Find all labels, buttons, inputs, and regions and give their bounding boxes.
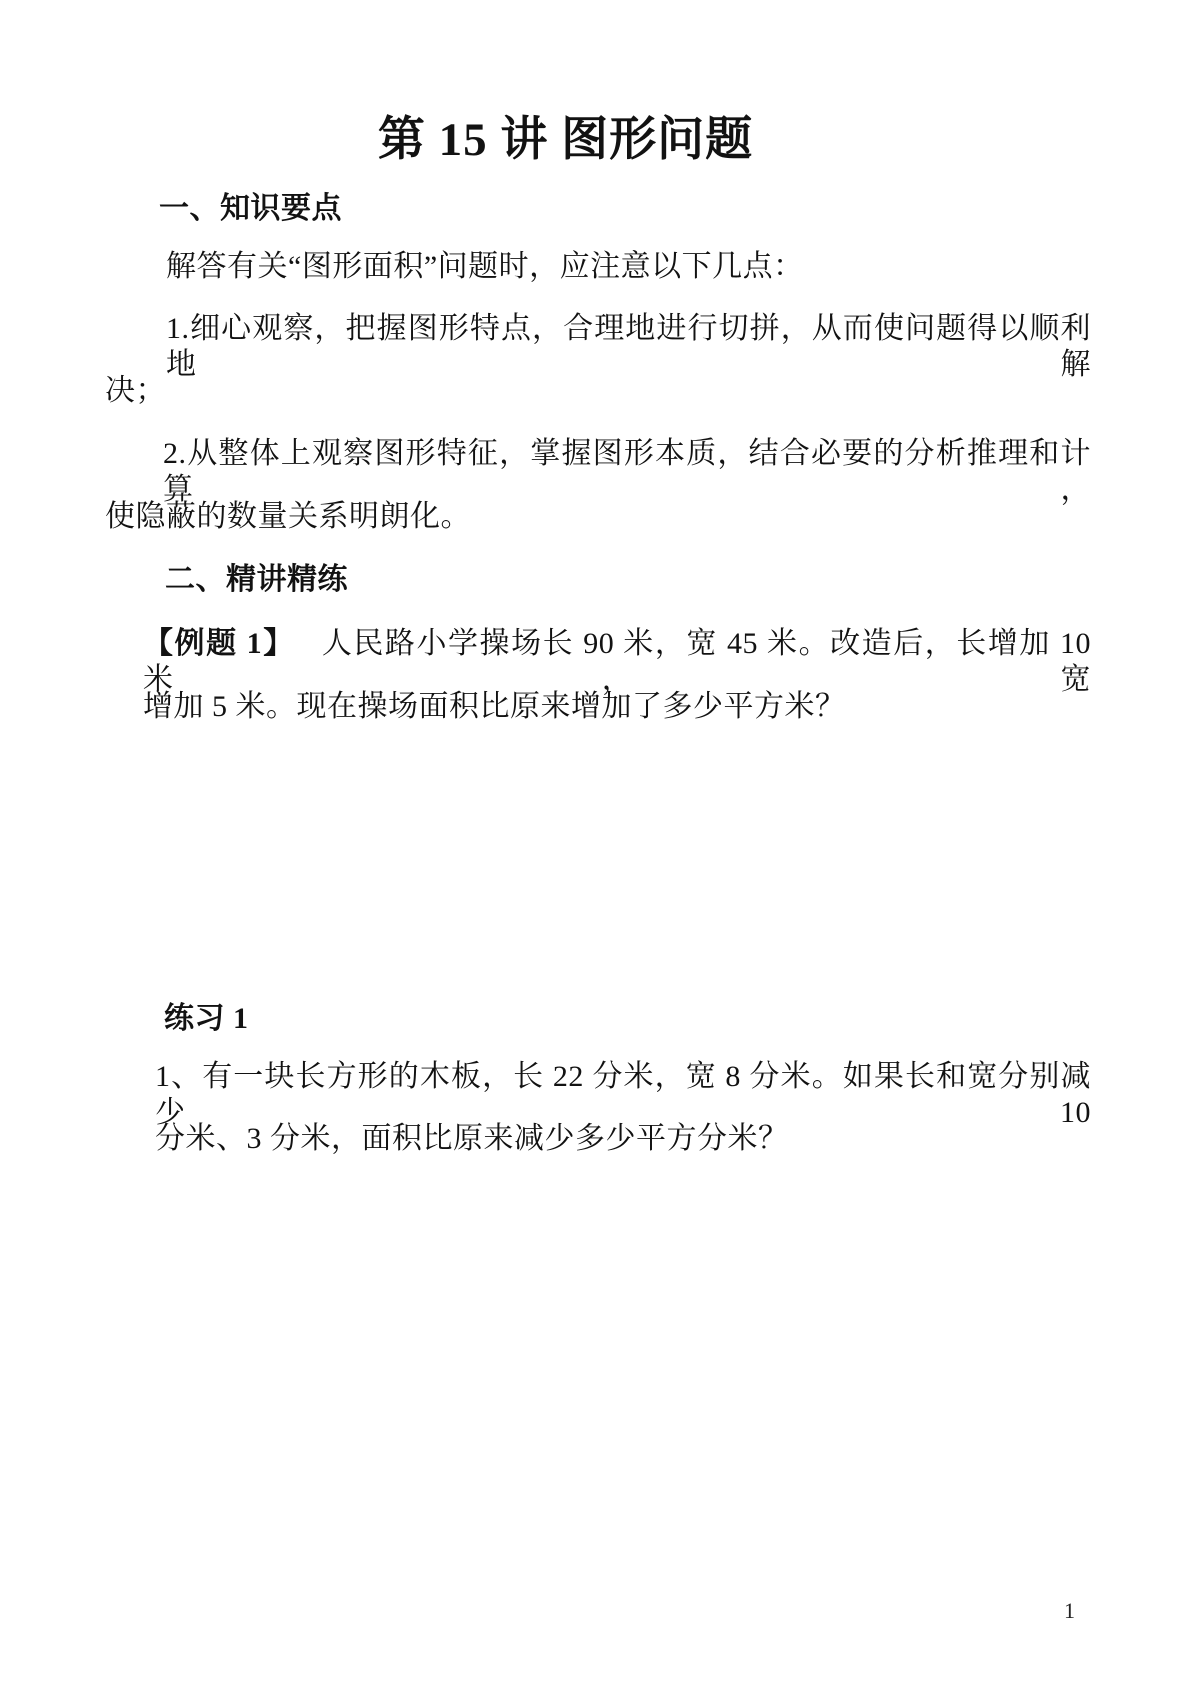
document-page: 第 15 讲 图形问题 一、知识要点 解答有关“图形面积”问题时，应注意以下几点… — [0, 0, 1191, 1684]
page-number: 1 — [1064, 1598, 1075, 1624]
point2-line1: 2.从整体上观察图形特征，掌握图形本质，结合必要的分析推理和计算， — [163, 436, 1091, 508]
section1-intro: 解答有关“图形面积”问题时，应注意以下几点： — [166, 249, 804, 285]
example1-line2: 增加 5 米。现在操场面积比原来增加了多少平方米？ — [143, 689, 846, 725]
practice1-heading: 练习 1 — [164, 1001, 249, 1037]
section1-heading: 一、知识要点 — [159, 191, 342, 227]
point1-line1: 1.细心观察，把握图形特点，合理地进行切拼，从而使问题得以顺利地解 — [166, 311, 1091, 383]
example1-label: 【例题 1】 — [143, 627, 295, 660]
practice1-line2: 分米、3 分米，面积比原来减少多少平方分米？ — [155, 1121, 789, 1157]
point1-line2: 决； — [105, 373, 166, 409]
section2-heading: 二、精讲精练 — [165, 562, 348, 598]
point2-line2: 使隐蔽的数量关系明朗化。 — [105, 499, 471, 535]
page-title: 第 15 讲 图形问题 — [0, 112, 1131, 168]
example1-line1: 【例题 1】人民路小学操场长 90 米，宽 45 米。改造后，长增加 10 米，… — [143, 626, 1091, 698]
